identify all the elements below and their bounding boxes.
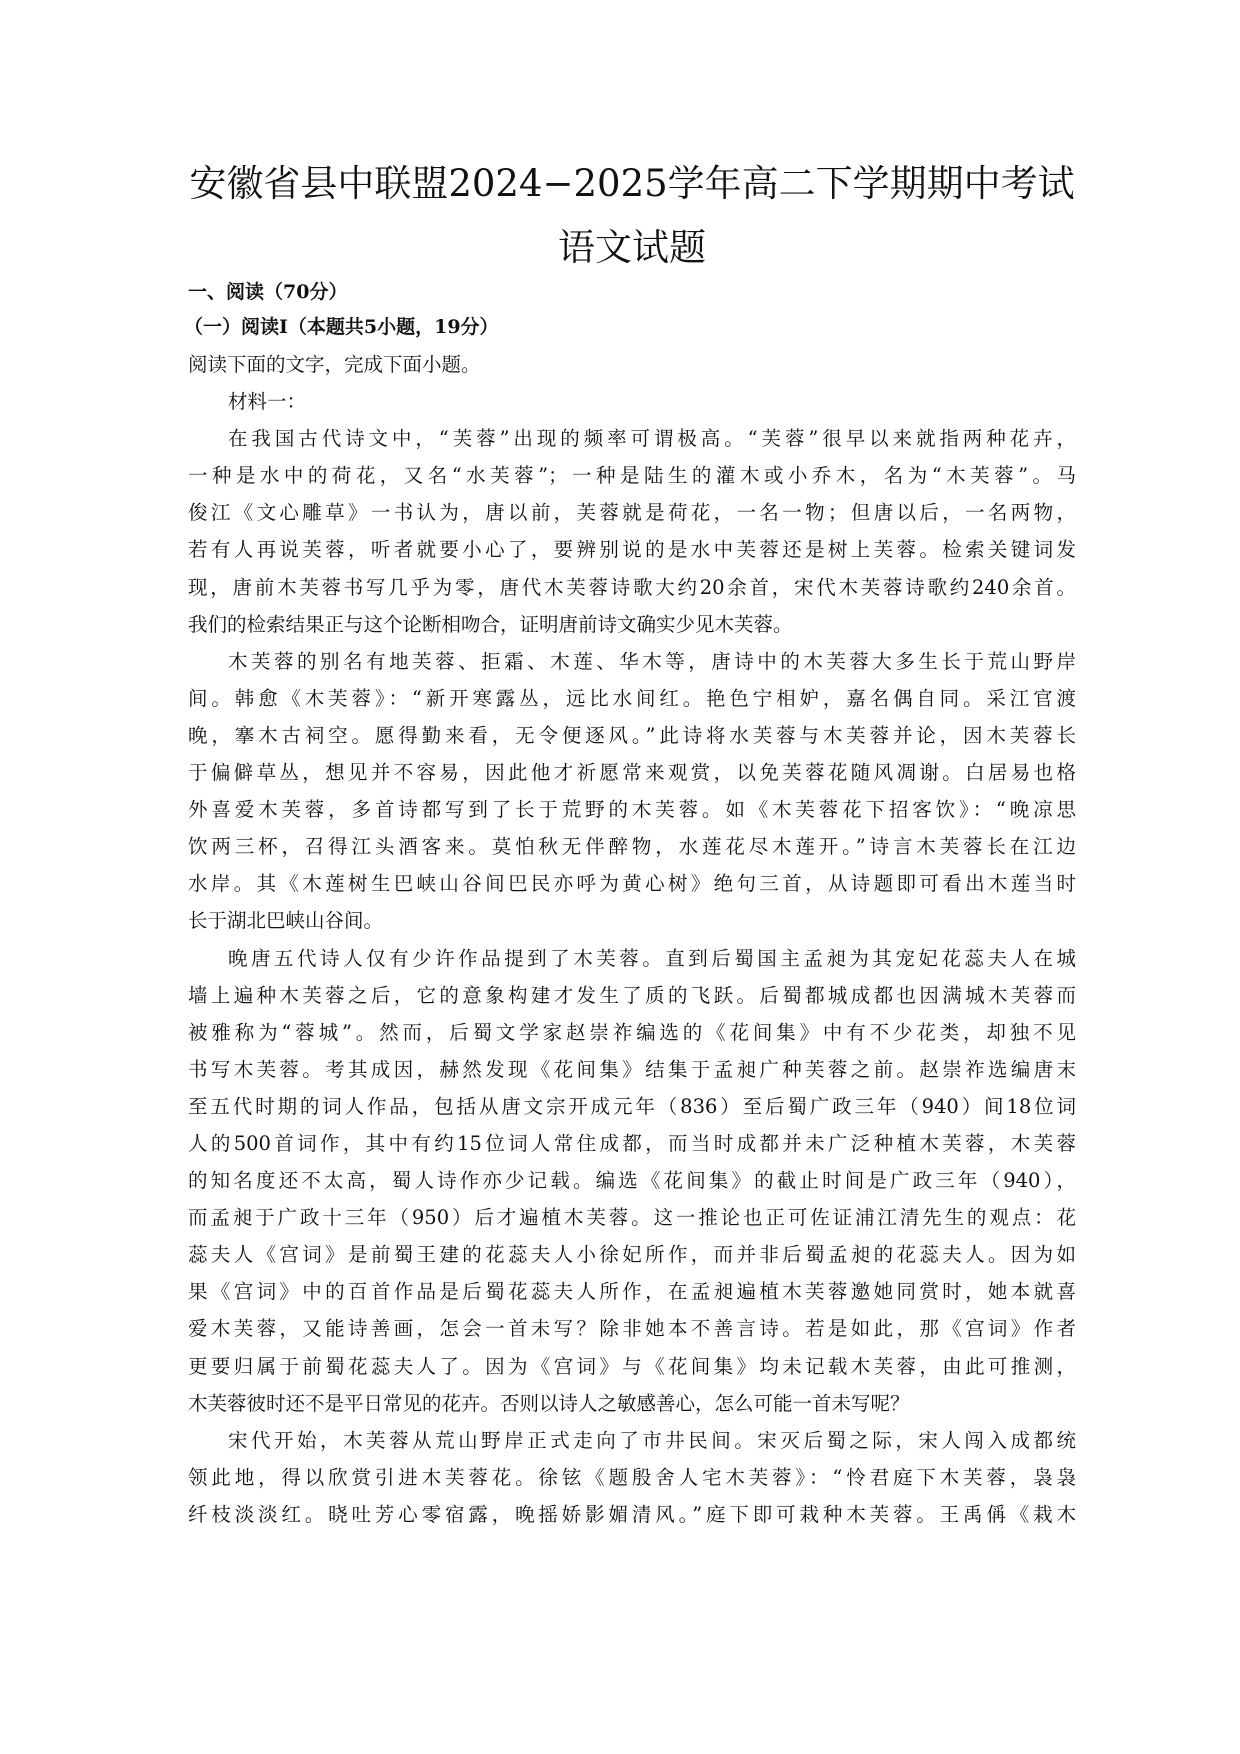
material-label: 材料一： bbox=[188, 383, 1076, 420]
passage-line: 纤枝淡淡红。晓吐芳心零宿露，晚摇娇影媚清风。”庭下即可栽种木芙蓉。王禹偁《栽木 bbox=[188, 1496, 1076, 1533]
passage-lines: 在我国古代诗文中，“芙蓉”出现的频率可谓极高。“芙蓉”很早以来就指两种花卉，一种… bbox=[188, 420, 1076, 1533]
passage-line: 俊江《文心雕草》一书认为，唐以前，芙蓉就是荷花，一名一物；但唐以后，一名两物， bbox=[188, 494, 1076, 531]
passage-line: 果《宫词》中的百首作品是后蜀花蕊夫人所作，在孟昶遍植木芙蓉邀她同赏时，她本就喜 bbox=[188, 1273, 1076, 1310]
passage-line: 领此地，得以欣赏引进木芙蓉花。徐铉《题殷舍人宅木芙蓉》：“怜君庭下木芙蓉，袅袅 bbox=[188, 1459, 1076, 1496]
passage-line: 人的500首词作，其中有约15位词人常住成都，而当时成都并未广泛种植木芙蓉，木芙… bbox=[188, 1125, 1076, 1162]
subsection-heading: （一）阅读Ⅰ（本题共5小题，19分） bbox=[184, 311, 499, 343]
instruction-text: 阅读下面的文字，完成下面小题。 bbox=[188, 346, 1076, 383]
passage-line: 现，唐前木芙蓉书写几乎为零，唐代木芙蓉诗歌大约20余首，宋代木芙蓉诗歌约240余… bbox=[188, 569, 1076, 606]
passage-line: 于偏僻草丛，想见并不容易，因此他才祈愿常来观赏，以免芙蓉花随风凋谢。白居易也格 bbox=[188, 754, 1076, 791]
passage-line: 至五代时期的词人作品，包括从唐文宗开成元年（836）至后蜀广政三年（940）间1… bbox=[188, 1088, 1076, 1125]
passage-line: 在我国古代诗文中，“芙蓉”出现的频率可谓极高。“芙蓉”很早以来就指两种花卉， bbox=[188, 420, 1076, 457]
passage-line: 蕊夫人《宫词》是前蜀王建的花蕊夫人小徐妃所作，而并非后蜀孟昶的花蕊夫人。因为如 bbox=[188, 1236, 1076, 1273]
section-heading: 一、阅读（70分） bbox=[188, 276, 347, 308]
exam-subtitle: 语文试题 bbox=[188, 224, 1076, 272]
passage-line: 爱木芙蓉，又能诗善画，怎会一首未写？除非她本不善言诗。若是如此，那《宫词》作者 bbox=[188, 1310, 1076, 1347]
passage-line: 的知名度还不太高，蜀人诗作亦少记载。编选《花间集》的截止时间是广政三年（940）… bbox=[188, 1162, 1076, 1199]
passage-line: 我们的检索结果正与这个论断相吻合，证明唐前诗文确实少见木芙蓉。 bbox=[188, 606, 1076, 643]
passage-line: 晚唐五代诗人仅有少许作品提到了木芙蓉。直到后蜀国主孟昶为其宠妃花蕊夫人在城 bbox=[188, 940, 1076, 977]
passage-line: 间。韩愈《木芙蓉》：“新开寒露丛，远比水间红。艳色宁相妒，嘉名偶自同。采江官渡 bbox=[188, 680, 1076, 717]
passage-line: 若有人再说芙蓉，听者就要小心了，要辨别说的是水中芙蓉还是树上芙蓉。检索关键词发 bbox=[188, 531, 1076, 568]
exam-title: 安徽省县中联盟2024−2025学年高二下学期期中考试 bbox=[188, 160, 1076, 208]
passage-line: 饮两三杯，召得江头酒客来。莫怕秋无伴醉物，水莲花尽木莲开。”诗言木芙蓉长在江边 bbox=[188, 828, 1076, 865]
passage-line: 更要归属于前蜀花蕊夫人了。因为《宫词》与《花间集》均未记载木芙蓉，由此可推测， bbox=[188, 1348, 1076, 1385]
passage-line: 长于湖北巴峡山谷间。 bbox=[188, 902, 1076, 939]
passage-line: 书写木芙蓉。考其成因，赫然发现《花间集》结集于孟昶广种芙蓉之前。赵崇祚选编唐末 bbox=[188, 1051, 1076, 1088]
passage-line: 水岸。其《木莲树生巴峡山谷间巴民亦呼为黄心树》绝句三首，从诗题即可看出木莲当时 bbox=[188, 865, 1076, 902]
reading-passage: 阅读下面的文字，完成下面小题。 材料一： 在我国古代诗文中，“芙蓉”出现的频率可… bbox=[188, 346, 1076, 1533]
passage-line: 宋代开始，木芙蓉从荒山野岸正式走向了市井民间。宋灭后蜀之际，宋人闯入成都统 bbox=[188, 1422, 1076, 1459]
passage-line: 而孟昶于广政十三年（950）后才遍植木芙蓉。这一推论也正可佐证浦江清先生的观点：… bbox=[188, 1199, 1076, 1236]
passage-line: 晚，搴木古祠空。愿得勤来看，无令便逐风。”此诗将水芙蓉与木芙蓉并论，因木芙蓉长 bbox=[188, 717, 1076, 754]
passage-line: 被雅称为“蓉城”。然而，后蜀文学家赵崇祚编选的《花间集》中有不少花类，却独不见 bbox=[188, 1014, 1076, 1051]
passage-line: 一种是水中的荷花，又名“水芙蓉”；一种是陆生的灌木或小乔木，名为“木芙蓉”。马 bbox=[188, 457, 1076, 494]
passage-line: 木芙蓉的别名有地芙蓉、拒霜、木莲、华木等，唐诗中的木芙蓉大多生长于荒山野岸 bbox=[188, 643, 1076, 680]
passage-line: 外喜爱木芙蓉，多首诗都写到了长于荒野的木芙蓉。如《木芙蓉花下招客饮》：“晚凉思 bbox=[188, 791, 1076, 828]
passage-line: 木芙蓉彼时还不是平日常见的花卉。否则以诗人之敏感善心，怎么可能一首未写呢？ bbox=[188, 1385, 1076, 1422]
passage-line: 墙上遍种木芙蓉之后，它的意象构建才发生了质的飞跃。后蜀都城成都也因满城木芙蓉而 bbox=[188, 977, 1076, 1014]
